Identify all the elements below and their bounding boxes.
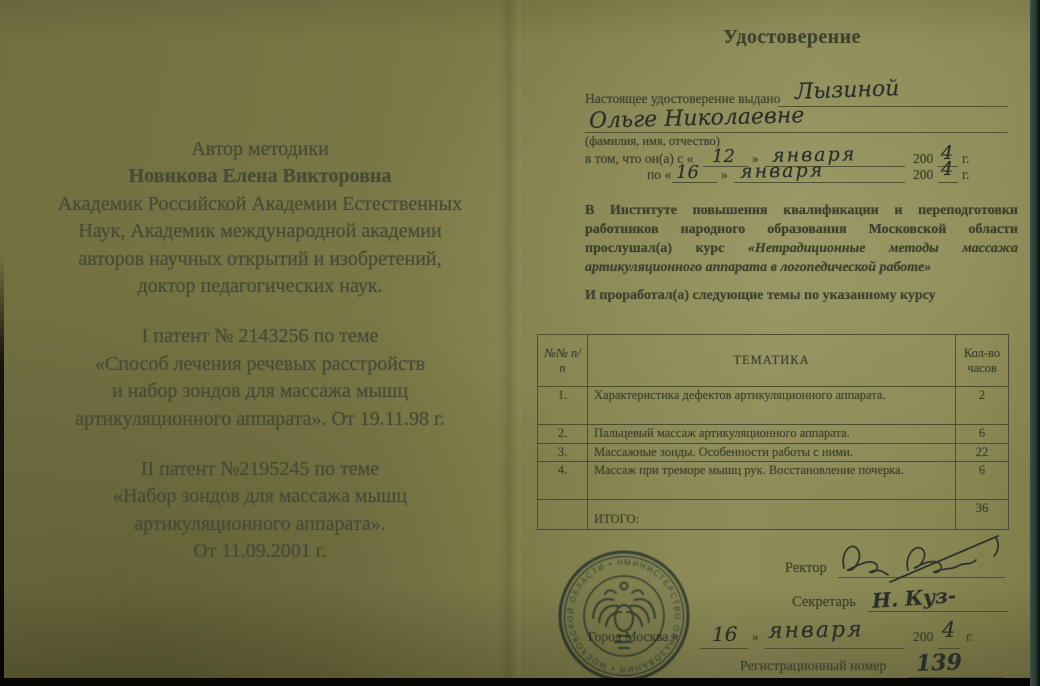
patent1-line: артикуляционного аппарата». От 19.11.98 …	[4, 406, 516, 433]
topics-intro: И проработал(а) следующие темы по указан…	[585, 288, 936, 304]
to-month-handwritten: января	[740, 159, 825, 182]
author-line: доктор педагогических наук.	[4, 273, 516, 300]
blank-line	[938, 181, 958, 183]
from-suffix: г.	[962, 151, 969, 167]
author-heading: Автор методики	[4, 136, 516, 163]
row-topic: Характеристика дефектов артикуляционного…	[588, 387, 956, 425]
total-num-empty	[538, 500, 588, 530]
city-year-handwritten: 4	[942, 618, 955, 642]
rector-label: Ректор	[785, 560, 827, 577]
row-topic: Массажные зонды. Особенности работы с ни…	[588, 443, 956, 462]
row-num: 3.	[538, 443, 588, 462]
blank-line	[778, 105, 1008, 107]
to-suffix: г.	[962, 167, 969, 183]
blank-line	[700, 647, 748, 649]
city-suffix: г.	[966, 629, 973, 645]
certificate-title: Удостоверение	[577, 26, 1007, 49]
col-header-hours: Кол-во часов	[956, 335, 1009, 387]
row-num: 1.	[538, 387, 588, 425]
total-hours: 36	[956, 500, 1009, 530]
course-paragraph: В Институте повышения квалификации и пер…	[585, 201, 1018, 277]
round-seal-stamp: МИНИСТЕРСТВО ОБРАЗОВАНИЯ • МОСКОВСКОЙ ОБ…	[552, 546, 696, 686]
patent2-line: артикуляционного аппарата».	[4, 511, 516, 538]
patent1-line: «Способ лечения речевых расстройств	[4, 351, 516, 378]
from-day-handwritten: 12	[712, 146, 735, 167]
city-year-printed: 200	[913, 629, 933, 645]
recipient-surname-handwritten: Лызиной	[795, 76, 900, 105]
table-row: 1. Характеристика дефектов артикуляционн…	[538, 387, 1009, 425]
left-page: Автор методики Новикова Елена Викторовна…	[4, 136, 516, 566]
patent1-line: I патент № 2143256 по теме	[4, 323, 516, 350]
patent2-line: От 11.09.2001 г.	[4, 538, 516, 565]
registration-number-handwritten: 139	[916, 649, 963, 677]
table-total-row: ИТОГО: 36	[538, 500, 1009, 530]
row-topic: Пальцевый массаж артикуляционного аппара…	[588, 425, 956, 444]
secretary-signature-handwritten: Н. Куз-	[871, 583, 957, 613]
col-header-num: №№ п/п	[538, 335, 588, 387]
photo-right-edge	[1030, 0, 1040, 686]
row-hours: 2	[956, 387, 1009, 425]
secretary-label: Секретарь	[792, 594, 856, 611]
patent1-line: и набор зондов для массажа мышц	[4, 378, 516, 405]
author-line: авторов научных открытий и изобретений,	[4, 246, 516, 273]
city-month-handwritten: января	[768, 617, 864, 644]
to-year-printed: 200	[913, 167, 933, 183]
certificate-paper: Автор методики Новикова Елена Викторовна…	[0, 0, 1033, 678]
row-hours: 22	[956, 443, 1009, 462]
city-close: »	[752, 629, 759, 645]
patent2-line: II патент №2195245 по теме	[4, 456, 516, 483]
table-row: 3. Массажные зонды. Особенности работы с…	[538, 443, 1009, 462]
table-row: 4. Массаж при треморе мышц рук. Восстано…	[538, 462, 1009, 500]
photo-left-edge	[0, 255, 4, 686]
patent2-line: «Набор зондов для массажа мышц	[4, 483, 516, 510]
author-line: Наук, Академик международной академии	[4, 218, 516, 245]
to-close: »	[721, 167, 728, 183]
to-year-handwritten: 4	[941, 158, 953, 180]
from-year-printed: 200	[913, 151, 933, 167]
row-num: 2.	[538, 425, 588, 444]
total-label: ИТОГО:	[588, 500, 956, 530]
row-hours: 6	[956, 462, 1009, 500]
row-num: 4.	[538, 462, 588, 500]
author-line: Академик Российской Академии Естественны…	[4, 191, 516, 218]
blank-line	[765, 647, 905, 649]
row-topic: Массаж при треморе мышц рук. Восстановле…	[588, 462, 956, 500]
table-row: 2. Пальцевый массаж артикуляционного апп…	[538, 425, 1009, 444]
to-day-handwritten: 16	[676, 162, 699, 183]
author-name: Новикова Елена Викторовна	[4, 163, 516, 190]
scanned-certificate-photo: Автор методики Новикова Елена Викторовна…	[0, 0, 1040, 686]
to-prefix: по «	[647, 167, 671, 183]
registration-label: Регистрационный номер	[740, 659, 886, 675]
col-header-topic: ТЕМАТИКА	[588, 335, 956, 387]
row-hours: 6	[956, 425, 1009, 444]
rector-signature	[830, 528, 1020, 590]
fio-hint: (фамилия, имя, отчество)	[585, 134, 720, 149]
topics-table: №№ п/п ТЕМАТИКА Кол-во часов 1. Характер…	[537, 334, 1009, 530]
city-day-handwritten: 16	[712, 622, 737, 646]
recipient-name-handwritten: Ольге Николаевне	[589, 103, 805, 134]
